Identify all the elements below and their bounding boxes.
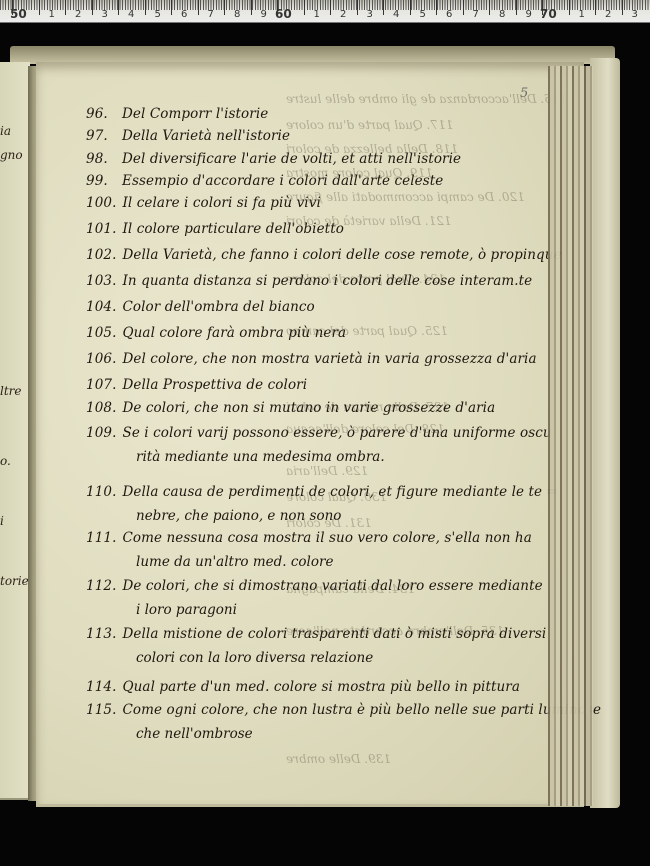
entry-title: Della Prospettiva de colori	[122, 377, 307, 393]
ruler-label: 9	[526, 9, 532, 21]
entry-continuation: colori con la loro diversa relazione	[136, 650, 373, 666]
entry-title: Come nessuna cosa mostra il suo vero col…	[122, 530, 531, 546]
ruler-major-tick	[463, 0, 464, 15]
ruler-label: 5	[155, 9, 161, 21]
entry-number: 114.	[86, 679, 116, 695]
entry-title: Della mistione de colori trasparenti dat…	[122, 626, 546, 642]
toc-entry: 110.Della causa de perdimenti de colori,…	[86, 484, 558, 500]
entry-number: 104.	[86, 299, 116, 315]
ruler-label: 50	[10, 8, 27, 20]
entry-number: 110.	[86, 484, 116, 500]
entry-number: 115.	[86, 702, 116, 718]
entry-continuation: i loro paragoni	[136, 602, 237, 618]
ruler-major-tick	[65, 0, 66, 15]
ruler-label: 3	[632, 9, 638, 21]
toc-entry: 103.In quanta distanza si perdano i colo…	[86, 273, 532, 289]
ruler-label: 7	[208, 9, 214, 21]
entry-title: Della Varietà nell'istorie	[122, 128, 290, 144]
entry-title: Del diversificare l'arie de volti, et at…	[122, 151, 461, 167]
ruler-major-tick	[224, 0, 225, 15]
entry-title: Del colore, che non mostra varietà in va…	[122, 351, 536, 367]
previous-page-fragment: i	[0, 514, 4, 528]
entry-number: 109.	[86, 425, 116, 441]
ruler-label: 2	[605, 9, 611, 21]
entry-title: Della Varietà, che fanno i colori delle …	[122, 247, 561, 263]
entry-number: 98.	[86, 151, 116, 167]
entry-title: Qual parte d'un med. colore si mostra pi…	[122, 679, 520, 695]
ruler-label: 7	[473, 9, 479, 21]
toc-entry: 99.Essempio d'accordare i colori dall'ar…	[86, 173, 443, 189]
ruler-label: 4	[128, 9, 134, 21]
entry-title: De colori, che non si mutano in varie gr…	[122, 400, 495, 416]
ruler-major-tick	[357, 0, 358, 15]
ruler-label: 9	[261, 9, 267, 21]
entry-title: De colori, che si dimostrano variati dal…	[122, 578, 542, 594]
ruler-major-tick	[595, 0, 596, 15]
ruler-major-tick	[330, 0, 331, 15]
ruler-major-tick	[171, 0, 172, 15]
entry-title: Il celare i colori si fa più vivi	[122, 195, 320, 211]
previous-page-fragment: o.	[0, 454, 11, 468]
toc-entry: 100.Il celare i colori si fa più vivi	[86, 195, 321, 211]
toc-entry: 97.Della Varietà nell'istorie	[86, 128, 290, 144]
entry-number: 105.	[86, 325, 116, 341]
previous-page-strip: ia gno ltre o. i torie	[0, 62, 30, 800]
toc-entry: 106.Del colore, che non mostra varietà i…	[86, 351, 537, 367]
entry-number: 99.	[86, 173, 116, 189]
ruler-label: 70	[540, 8, 557, 20]
entry-number: 103.	[86, 273, 116, 289]
ruler-major-tick	[489, 0, 490, 15]
ruler-major-tick	[516, 0, 517, 15]
toc-entry: 101.Il colore particulare dell'obietto	[86, 221, 344, 237]
toc-entry: 105.Qual colore farà ombra più nera	[86, 325, 346, 341]
book-cover-edge	[590, 58, 620, 808]
ruler-label: 60	[275, 8, 292, 20]
entry-number: 113.	[86, 626, 116, 642]
ruler-label: 2	[340, 9, 346, 21]
entry-title: Come ogni colore, che non lustra è più b…	[122, 702, 601, 718]
entry-title: In quanta distanza si perdano i colori d…	[122, 273, 532, 289]
toc-entry: 104.Color dell'ombra del bianco	[86, 299, 315, 315]
ruler-major-tick	[145, 0, 146, 15]
entry-title: Del Comporr l'istorie	[122, 106, 268, 122]
table-of-contents-list: 96.Del Comporr l'istorie97.Della Varietà…	[36, 62, 584, 804]
ruler-major-tick	[39, 0, 40, 15]
ruler-label: 6	[181, 9, 187, 21]
toc-entry: 111.Come nessuna cosa mostra il suo vero…	[86, 530, 532, 546]
entry-continuation: nebre, che paiono, e non sono	[136, 508, 341, 524]
toc-entry: 109.Se i colori varij possono essere, ò …	[86, 425, 552, 441]
toc-entry: 115.Come ogni colore, che non lustra è p…	[86, 702, 601, 718]
toc-entry: 108.De colori, che non si mutano in vari…	[86, 400, 495, 416]
ruler-label: 8	[234, 9, 240, 21]
manuscript-page: 116. Dell'accordanza de gli ombre delle …	[36, 62, 584, 807]
entry-number: 102.	[86, 247, 116, 263]
ruler-major-tick	[622, 0, 623, 15]
entry-number: 106.	[86, 351, 116, 367]
entry-title: Qual colore farà ombra più nera	[122, 325, 346, 341]
ruler-label: 1	[49, 9, 55, 21]
ruler-label: 3	[102, 9, 108, 21]
ruler-major-tick	[304, 0, 305, 15]
entry-number: 101.	[86, 221, 116, 237]
entry-continuation: lume da un'altro med. colore	[136, 554, 333, 570]
entry-number: 100.	[86, 195, 116, 211]
entry-number: 108.	[86, 400, 116, 416]
previous-page-fragment: gno	[0, 148, 23, 162]
entry-title: Il colore particulare dell'obietto	[122, 221, 343, 237]
toc-entry: 114.Qual parte d'un med. colore si mostr…	[86, 679, 520, 695]
ruler-label: 1	[579, 9, 585, 21]
ruler-label: 1	[314, 9, 320, 21]
ruler-major-tick	[436, 0, 437, 15]
ruler-label: 5	[420, 9, 426, 21]
ruler-major-tick	[383, 0, 384, 15]
ruler-major-tick	[251, 0, 252, 15]
ruler-label: 8	[499, 9, 505, 21]
ruler-major-tick	[92, 0, 93, 15]
toc-entry: 112.De colori, che si dimostrano variati…	[86, 578, 543, 594]
entry-title: Essempio d'accordare i colori dall'arte …	[122, 173, 443, 189]
page-fore-edge	[548, 66, 593, 806]
entry-title: Color dell'ombra del bianco	[122, 299, 314, 315]
entry-continuation: che nell'ombrose	[136, 726, 253, 742]
ruler-major-tick	[410, 0, 411, 15]
toc-entry: 102.Della Varietà, che fanno i colori de…	[86, 247, 562, 263]
entry-number: 97.	[86, 128, 116, 144]
toc-entry: 113.Della mistione de colori trasparenti…	[86, 626, 546, 642]
entry-number: 112.	[86, 578, 116, 594]
folio-number: 5	[520, 86, 528, 101]
entry-title: Della causa de perdimenti de colori, et …	[122, 484, 557, 500]
toc-entry: 107.Della Prospettiva de colori	[86, 377, 307, 393]
ruler-label: 4	[393, 9, 399, 21]
previous-page-fragment: torie	[0, 574, 29, 588]
toc-entry: 96.Del Comporr l'istorie	[86, 106, 268, 122]
entry-continuation: rità mediante una medesima ombra.	[136, 449, 385, 465]
ruler-label: 2	[75, 9, 81, 21]
ruler-label: 6	[446, 9, 452, 21]
ruler-major-tick	[198, 0, 199, 15]
toc-entry: 98.Del diversificare l'arie de volti, et…	[86, 151, 461, 167]
entry-number: 107.	[86, 377, 116, 393]
ruler-major-tick	[569, 0, 570, 15]
ruler-label: 3	[367, 9, 373, 21]
previous-page-fragment: ia	[0, 124, 11, 138]
ruler-major-tick	[118, 0, 119, 15]
entry-number: 96.	[86, 106, 116, 122]
entry-number: 111.	[86, 530, 116, 546]
previous-page-fragment: ltre	[0, 384, 22, 398]
measuring-ruler: 501234567896012345678970123	[0, 0, 650, 23]
entry-title: Se i colori varij possono essere, ò pare…	[122, 425, 551, 441]
